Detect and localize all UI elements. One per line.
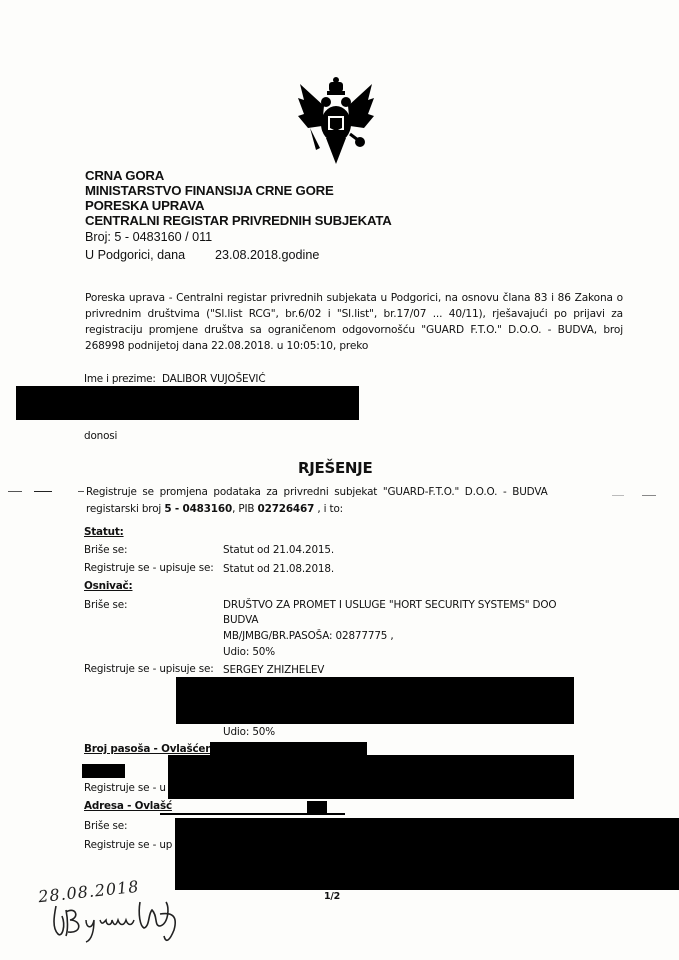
scan-artifact-dash <box>612 495 624 496</box>
redaction-passport-heading <box>210 742 367 756</box>
header-line-country: CRNA GORA <box>85 168 164 183</box>
broj-pasosa-upisuje-label: Registruje se - u <box>84 782 166 794</box>
osnivac-brise-line-3: MB/JMBG/BR.PASOŠA: 02877775 , <box>223 630 394 642</box>
redaction-passport-left <box>82 764 125 778</box>
statut-brise-value: Statut od 21.04.2015. <box>223 544 334 556</box>
redaction-address-heading <box>307 801 327 815</box>
applicant-label: Ime i prezime: <box>84 373 156 385</box>
donosi-text: donosi <box>84 430 117 442</box>
section-heading-statut: Statut: <box>84 526 124 538</box>
osnivac-brise-label: Briše se: <box>84 599 127 611</box>
adresa-brise-label: Briše se: <box>84 820 127 832</box>
scan-artifact-dash <box>642 495 656 496</box>
pib-number: 02726467 <box>258 503 315 515</box>
intro-paragraph: Poreska uprava - Centralni registar priv… <box>85 290 623 354</box>
scan-artifact-dash <box>8 491 22 492</box>
reg-number-prefix: registarski broj <box>86 503 164 515</box>
header-line-registry: CENTRALNI REGISTAR PRIVREDNIH SUBJEKATA <box>85 213 392 228</box>
decision-line-1: Registruje se promjena podataka za privr… <box>86 486 548 498</box>
section-heading-osnivac: Osnivač: <box>84 580 132 592</box>
redaction-address-values <box>175 818 679 890</box>
page-number: 1/2 <box>324 891 340 902</box>
pib-label: , PIB <box>232 503 257 515</box>
adresa-upisuje-label: Registruje se - up <box>84 839 172 851</box>
osnivac-upisuje-name: SERGEY ZHIZHELEV <box>223 664 324 676</box>
redaction-passport-value <box>168 755 574 799</box>
place-label: U Podgorici, dana <box>85 248 185 262</box>
decision-line-2-suffix: , i to: <box>314 503 343 515</box>
applicant-name: DALIBOR VUJOŠEVIĆ <box>162 373 265 385</box>
signature <box>48 896 188 946</box>
osnivac-upisuje-label: Registruje se - upisuje se: <box>84 663 214 675</box>
scan-artifact-dash <box>34 491 52 492</box>
document-date: 23.08.2018.godine <box>215 248 319 262</box>
redaction-founder-details <box>176 677 574 724</box>
reg-number: 5 - 0483160 <box>164 503 232 515</box>
redaction-applicant <box>16 386 359 420</box>
header-line-tax-admin: PORESKA UPRAVA <box>85 198 204 213</box>
scan-artifact-dash <box>78 491 84 492</box>
statut-upisuje-value: Statut od 21.08.2018. <box>223 563 334 575</box>
document-number: Broj: 5 - 0483160 / 011 <box>85 230 212 244</box>
statut-upisuje-label: Registruje se - upisuje se: <box>84 562 214 574</box>
decision-line-2: registarski broj 5 - 0483160, PIB 027264… <box>86 503 343 515</box>
coat-of-arms-icon <box>296 76 376 168</box>
statut-brise-label: Briše se: <box>84 544 127 556</box>
section-heading-adresa: Adresa - Ovlašć <box>84 800 172 812</box>
osnivac-brise-line-1: DRUŠTVO ZA PROMET I USLUGE "HORT SECURIT… <box>223 599 556 611</box>
header-line-ministry: MINISTARSTVO FINANSIJA CRNE GORE <box>85 183 334 198</box>
osnivac-brise-line-4: Udio: 50% <box>223 646 275 658</box>
document-title: RJEŠENJE <box>298 459 372 477</box>
section-heading-broj-pasosa: Broj pasoša - Ovlašćeni <box>84 743 216 755</box>
osnivac-upisuje-udio: Udio: 50% <box>223 726 275 738</box>
osnivac-brise-line-2: BUDVA <box>223 614 258 626</box>
